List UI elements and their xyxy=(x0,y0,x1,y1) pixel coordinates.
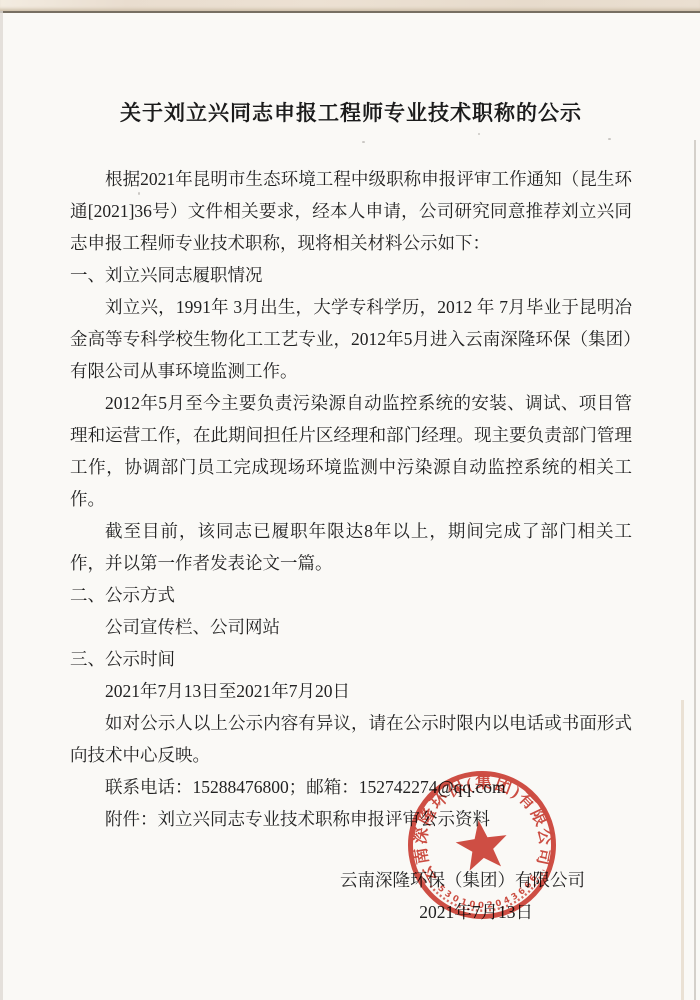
scanned-document-page: 关于刘立兴同志申报工程师专业技术职称的公示 根据2021年昆明市生态环境工程中级… xyxy=(0,0,700,1000)
section-2-heading: 二、公示方式 xyxy=(70,579,632,611)
section-3-heading: 三、公示时间 xyxy=(70,643,632,675)
document-body: 关于刘立兴同志申报工程师专业技术职称的公示 根据2021年昆明市生态环境工程中级… xyxy=(70,94,632,928)
document-title: 关于刘立兴同志申报工程师专业技术职称的公示 xyxy=(70,94,632,132)
work-duties-paragraph: 2012年5月至今主要负责污染源自动监控系统的安装、调试、项目管理和运营工作，在… xyxy=(70,387,632,515)
scan-edge-artifact-left xyxy=(0,11,3,1000)
publicity-period-paragraph: 2021年7月13日至2021年7月20日 xyxy=(70,675,632,707)
scan-edge-artifact-right xyxy=(694,140,696,1000)
scan-edge-artifact-right-inner xyxy=(681,700,684,1000)
publicity-method-paragraph: 公司宣传栏、公司网站 xyxy=(70,611,632,643)
tenure-paragraph: 截至目前，该同志已履职年限达8年以上，期间完成了部门相关工作，并以第一作者发表论… xyxy=(70,515,632,579)
contact-paragraph: 联系电话：15288476800；邮箱：152742274@qq.com xyxy=(70,771,632,803)
intro-paragraph: 根据2021年昆明市生态环境工程中级职称申报评审工作通知（昆生环通[2021]3… xyxy=(70,163,632,259)
section-1-heading: 一、刘立兴同志履职情况 xyxy=(70,259,632,291)
signature-company: 云南深隆环保（集团）有限公司 xyxy=(70,864,632,896)
objection-notice-paragraph: 如对公示人以上公示内容有异议，请在公示时限内以电话或书面形式向技术中心反映。 xyxy=(70,707,632,771)
signature-date: 2021年7月13日 xyxy=(70,896,632,928)
attachment-paragraph: 附件：刘立兴同志专业技术职称申报评审公示资料 xyxy=(70,803,632,835)
resume-paragraph: 刘立兴，1991年 3月出生，大学专科学历，2012 年 7月毕业于昆明冶金高等… xyxy=(70,291,632,387)
scan-edge-artifact-top xyxy=(0,0,700,13)
